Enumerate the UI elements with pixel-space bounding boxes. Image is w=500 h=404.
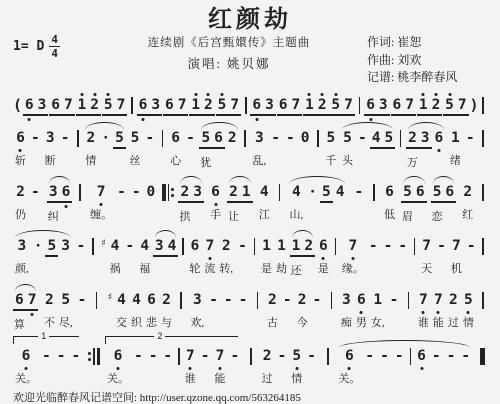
lyric-text: 痴 — [341, 317, 352, 330]
music-line-5: 6算72不5尽,-♯4交4织6悲2与3欢,---2古-2今-3痴6男1女,-7谁… — [13, 292, 487, 332]
note-group-slurred: 34 — [153, 238, 178, 257]
note-glyph: 5 — [102, 97, 115, 116]
lyric-text: 断 — [45, 155, 56, 168]
lyric-text: 谁 — [418, 317, 429, 330]
note-glyph: 5 — [443, 97, 456, 116]
note-glyph: - — [277, 348, 288, 365]
note-token: 2拱 — [178, 184, 191, 224]
note-token: - — [368, 238, 379, 255]
note-glyph: 1 — [303, 97, 316, 116]
note-glyph: 5 — [463, 292, 474, 309]
volta-label: 1 — [38, 331, 49, 341]
note-group: 57 — [216, 97, 241, 116]
note-glyph: 6 — [212, 130, 225, 149]
note-token: 7 — [289, 97, 302, 116]
note-token: 3痴 — [341, 292, 352, 330]
lyric-text: 关。 — [15, 373, 37, 386]
note-glyph: 4 — [131, 292, 142, 309]
note-token: 6 — [250, 97, 263, 116]
note-glyph: 1 — [276, 238, 287, 255]
note-token: 2 — [316, 97, 329, 116]
note-token: 5尽, — [59, 292, 73, 330]
note-token: 7机 — [451, 238, 462, 276]
singer-credit: 演唱: 姚贝娜 — [91, 54, 367, 72]
note-glyph: - — [237, 238, 248, 255]
note-glyph: 2 — [88, 97, 101, 116]
note-token: 6是 — [318, 238, 329, 276]
note-glyph: 4 — [291, 184, 302, 201]
note-glyph: 7 — [26, 292, 39, 311]
note-glyph: - — [60, 130, 71, 147]
note-glyph: 6 — [113, 348, 124, 365]
note-token: 4 — [335, 184, 346, 201]
note-glyph: · — [33, 238, 44, 255]
note-group: 7天-7机- — [419, 238, 478, 276]
note-group: 1是1劫 — [259, 238, 289, 276]
note-token: 4 — [166, 238, 179, 257]
note-token: 6心 — [170, 130, 181, 168]
barline — [92, 238, 94, 255]
note-group: 12 — [189, 97, 214, 116]
lyric-text: 男 — [356, 317, 367, 330]
barline — [79, 184, 81, 201]
note-token: 7能 — [214, 348, 225, 386]
barline — [327, 348, 329, 365]
note-token: 7 — [115, 97, 128, 116]
barline — [359, 97, 361, 114]
note-glyph: 1 — [240, 184, 253, 203]
note-token: 6 — [443, 184, 456, 203]
note-glyph: - — [76, 238, 87, 255]
lyric-text: 轮 — [189, 263, 200, 276]
note-glyph: 6 — [13, 292, 26, 311]
note-group: 7谁7能2过5情 — [416, 292, 476, 330]
note-glyph: 2 — [15, 184, 26, 201]
lyric-text: 山, — [289, 209, 303, 222]
note-glyph: 6 — [384, 184, 395, 201]
note-glyph: 5 — [382, 130, 395, 149]
note-group: 3乱,--0 — [251, 130, 313, 168]
note-token: - — [238, 292, 249, 309]
note-glyph: 5 — [329, 97, 342, 116]
note-token: - — [30, 184, 41, 201]
note-glyph: 6 — [137, 97, 150, 116]
note-glyph: 3 — [60, 238, 71, 255]
note-group: 63 — [137, 97, 162, 116]
note-token: 6斩 — [15, 130, 26, 168]
note-glyph: - — [270, 130, 281, 147]
note-glyph: 3 — [36, 97, 49, 116]
lyric-text: 天 — [421, 263, 432, 276]
barline — [335, 238, 337, 255]
lyric-text: 劫 — [276, 263, 287, 276]
note-token: - — [354, 184, 365, 201]
note-token: 1 — [417, 97, 430, 116]
note-token: 7能 — [433, 292, 444, 330]
note-token: 7缘。 — [342, 238, 364, 276]
lyric-text: 悲 — [146, 317, 157, 330]
note-glyph: 3 — [191, 184, 204, 203]
note-glyph: - — [70, 348, 81, 365]
note-token: - — [364, 348, 375, 365]
barline — [279, 184, 281, 201]
note-token: - — [431, 348, 442, 365]
lyric-text: 关。 — [107, 373, 129, 386]
note-token: 3 — [377, 97, 390, 116]
lyric-text: 古 — [267, 317, 278, 330]
note-glyph: - — [30, 130, 41, 147]
barline — [182, 238, 184, 255]
note-token: 5 — [320, 184, 333, 203]
note-token: 3 — [36, 97, 49, 116]
note-token: 1绪 — [450, 130, 461, 168]
note-token: - — [185, 130, 196, 147]
note-token: 7 — [62, 97, 75, 116]
note-group: 6手 — [208, 184, 223, 222]
note-glyph: 6 — [170, 130, 181, 147]
note-group: 7缘。--- — [340, 238, 410, 276]
note-token: - — [285, 130, 296, 147]
note-token: 1女, — [371, 292, 385, 330]
note-glyph: - — [229, 348, 240, 365]
barline — [250, 348, 252, 365]
lyric-text: 过 — [262, 373, 273, 386]
note-token: - — [270, 130, 281, 147]
note-glyph: 3 — [254, 130, 265, 147]
note-token: 5情 — [463, 292, 474, 330]
note-glyph: 1 — [290, 238, 303, 257]
note-group: 6--- — [414, 348, 473, 365]
lyric-text: 手 — [210, 209, 221, 222]
note-token: - — [306, 348, 317, 365]
note-token: 4 — [370, 130, 383, 149]
barline — [400, 130, 402, 147]
note-glyph: 1 — [372, 292, 383, 309]
lyric-text: 情 — [291, 373, 302, 386]
lyric-text: 红 — [462, 209, 473, 222]
note-glyph: 7 — [451, 238, 462, 255]
note-token: 3 — [191, 184, 204, 203]
note-glyph: 7 — [348, 238, 359, 255]
lyric-text: 能 — [433, 317, 444, 330]
repeat-end-sign — [88, 348, 100, 365]
lyric-text: 过 — [448, 317, 459, 330]
music-line-1: (63671257636712576367125763671257) — [13, 97, 487, 116]
note-glyph: - — [238, 292, 249, 309]
time-signature-numerator: 4 — [49, 34, 60, 47]
note-token: - — [162, 348, 173, 365]
note-glyph: - — [397, 238, 408, 255]
note-group: 57 — [102, 97, 127, 116]
sharp-accidental: ♯ — [106, 292, 112, 309]
barline — [254, 238, 256, 255]
note-group: 57 — [329, 97, 354, 116]
note-token: 6 — [414, 184, 427, 203]
note-group: 57 — [443, 97, 468, 116]
note-group: 63 — [23, 97, 48, 116]
note-glyph: 2 — [221, 238, 232, 255]
note-glyph: 7 — [176, 97, 189, 116]
note-glyph: 6 — [364, 97, 377, 116]
note-glyph: 6 — [60, 184, 73, 203]
note-token: · — [307, 184, 318, 201]
repeat-start-sign — [162, 184, 174, 201]
note-glyph: 2 — [227, 184, 240, 203]
barline — [482, 130, 484, 147]
lyric-text: 不 — [44, 317, 55, 330]
note-token: 6 — [364, 97, 377, 116]
note-glyph: 2 — [448, 292, 459, 309]
note-glyph: 4 — [116, 292, 127, 309]
note-glyph: 7 — [342, 97, 355, 116]
note-glyph: 1 — [261, 238, 272, 255]
note-glyph: - — [148, 348, 159, 365]
note-glyph: 5 — [431, 184, 444, 203]
lyric-text: 乱, — [253, 155, 267, 168]
note-token: - — [277, 348, 288, 365]
note-glyph: ♯ — [99, 235, 107, 252]
volta-label: 2 — [154, 331, 165, 341]
note-glyph: 6 — [318, 238, 329, 255]
note-token: 6关。 — [15, 348, 37, 386]
barline — [410, 348, 412, 365]
note-token: - — [148, 348, 159, 365]
note-glyph: 4 — [259, 184, 270, 201]
lyric-text: 机 — [451, 263, 462, 276]
lyric-text: 拱 — [179, 211, 190, 224]
note-glyph: 7 — [205, 238, 216, 255]
note-group-slurred: 3纠6 — [47, 184, 72, 224]
note-token: 2转, — [219, 238, 233, 276]
note-token: 1 — [76, 97, 89, 116]
note-glyph: - — [162, 348, 173, 365]
note-group: 63 — [250, 97, 275, 116]
note-token: 6 — [434, 130, 445, 147]
note-group-slurred: 4山,·54 — [287, 184, 347, 222]
note-token: 3 — [60, 238, 71, 255]
note-glyph: - — [77, 292, 88, 309]
note-token: - — [389, 292, 400, 309]
lyric-text: 头 — [342, 155, 353, 168]
parenthesis: ) — [470, 97, 479, 114]
note-glyph: - — [460, 348, 471, 365]
lyric-text: 是 — [318, 263, 329, 276]
note-group-slurred: 2让1 — [227, 184, 252, 224]
note-glyph: 3 — [419, 130, 432, 149]
note-glyph: 6 — [190, 238, 201, 255]
note-token: 5 — [329, 97, 342, 116]
note-group: 67 — [49, 97, 74, 116]
note-token: 7 — [342, 97, 355, 116]
note-glyph: 6 — [21, 348, 32, 365]
time-signature: 4 4 — [49, 34, 60, 59]
note-token: 0 — [300, 130, 311, 147]
note-group: 3痴6男1女,- — [339, 292, 401, 330]
note-glyph: - — [56, 348, 67, 365]
note-group: - — [74, 238, 89, 255]
barline — [482, 238, 484, 255]
note-glyph: 7 — [403, 97, 416, 116]
note-token: - — [466, 238, 477, 255]
note-token: 5犹 — [199, 130, 212, 170]
note-token: 3 — [419, 130, 432, 149]
note-glyph: 6 — [15, 130, 26, 147]
barline — [244, 130, 246, 147]
note-glyph: 2 — [462, 184, 473, 201]
note-group-slurred: 6算7 — [13, 292, 38, 332]
note-token: 2 — [88, 97, 101, 116]
note-token: 7 — [26, 292, 39, 311]
note-glyph: - — [223, 292, 234, 309]
note-glyph: 6 — [250, 97, 263, 116]
note-token: 1 — [189, 97, 202, 116]
note-token: - — [436, 238, 447, 255]
note-glyph: - — [285, 130, 296, 147]
lyric-text: 流 — [204, 263, 215, 276]
note-token: 0 — [146, 184, 157, 201]
note-token: 2不 — [44, 292, 55, 330]
note-group: 5千 — [323, 130, 338, 168]
note-glyph: 0 — [146, 184, 157, 201]
note-token: 6轮 — [189, 238, 200, 276]
note-token: 6关。 — [107, 348, 129, 386]
note-token: 4交 — [116, 292, 127, 330]
note-glyph: 5 — [401, 184, 414, 203]
note-group: 5丝- — [127, 130, 157, 168]
note-glyph: - — [394, 348, 405, 365]
note-glyph: - — [368, 238, 379, 255]
note-token: 6 — [49, 97, 62, 116]
song-title: 红颜劫 — [13, 6, 487, 32]
note-token: - — [144, 130, 155, 147]
note-glyph: 7 — [418, 292, 429, 309]
note-glyph: 7 — [456, 97, 469, 116]
parenthesis: ( — [13, 97, 22, 114]
barline — [131, 97, 133, 114]
note-token: 6低 — [384, 184, 395, 222]
note-token: 7 — [228, 97, 241, 116]
footer-text: 欢迎光临醉春风记谱空间: http://user.qzone.qq.com/56… — [13, 389, 487, 404]
note-glyph: 5 — [130, 130, 141, 147]
note-token: 2 — [302, 238, 315, 257]
note-glyph: - — [185, 130, 196, 147]
note-glyph: 3 — [263, 97, 276, 116]
note-glyph: - — [466, 238, 477, 255]
note-glyph: 7 — [115, 97, 128, 116]
note-group-slurred: 5恋6 — [431, 184, 456, 224]
note-token: 7谁 — [185, 348, 196, 386]
note-token: 5头 — [342, 130, 353, 168]
note-token: 1是 — [261, 238, 272, 276]
note-token: - — [124, 238, 135, 255]
barline — [482, 97, 484, 114]
lyric-text: 万 — [407, 157, 418, 170]
note-token: - — [383, 238, 394, 255]
note-group: 1绪- — [448, 130, 478, 168]
key-signature: 1= D 4 4 — [13, 34, 91, 59]
note-glyph: 3 — [377, 97, 390, 116]
note-token: - — [229, 348, 240, 365]
note-token: 5 — [382, 130, 395, 149]
lyric-text: 绪 — [450, 155, 461, 168]
note-glyph: 6 — [434, 130, 445, 147]
note-glyph: - — [364, 348, 375, 365]
note-token: - — [465, 130, 476, 147]
note-glyph: - — [354, 184, 365, 201]
note-token: 7缠。 — [90, 184, 112, 222]
note-glyph: 5 — [325, 130, 336, 147]
note-glyph: 2 — [227, 130, 238, 147]
note-token: - — [60, 130, 71, 147]
music-line-4: 3颜,·53-♯4祸-4福346轮7流2转,-1是1劫1还26是7缘。---7天… — [13, 238, 487, 278]
note-glyph: 3 — [149, 97, 162, 116]
note-token: - — [76, 238, 87, 255]
note-glyph: 2 — [267, 292, 278, 309]
lyric-text: 欢, — [190, 317, 204, 330]
note-glyph: 6 — [146, 292, 157, 309]
lyric-text: 转, — [219, 263, 233, 276]
barline — [482, 292, 484, 309]
note-token: 6 — [416, 348, 427, 365]
note-group: 6心- — [168, 130, 198, 168]
note-glyph: 4 — [370, 130, 383, 149]
note-group: 67 — [163, 97, 188, 116]
barline — [482, 184, 484, 201]
note-glyph: - — [312, 292, 323, 309]
note-glyph: 4 — [166, 238, 179, 257]
note-glyph: 1 — [417, 97, 430, 116]
note-token: - — [56, 348, 67, 365]
note-glyph: - — [389, 292, 400, 309]
subtitle: 连续剧《后宫甄嬛传》主题曲 — [91, 34, 367, 50]
sharp-accidental: ♯ — [99, 238, 105, 255]
barline — [408, 292, 410, 309]
composer-credit: 作曲: 刘欢 — [367, 52, 487, 69]
note-glyph: 6 — [49, 97, 62, 116]
note-group-slurred: 2拱3 — [178, 184, 203, 224]
note-token: 5恋 — [431, 184, 444, 224]
note-token: 2情 — [85, 130, 96, 168]
lyric-text: 交 — [116, 317, 127, 330]
barline — [178, 348, 180, 365]
note-group-slurred: 3颜,·53 — [13, 238, 73, 276]
note-glyph: 0 — [300, 130, 311, 147]
note-token: 2万 — [406, 130, 419, 170]
note-token: 5 — [113, 130, 126, 149]
note-token: - — [394, 348, 405, 365]
note-token: 4福 — [139, 238, 150, 276]
note-token: - — [223, 292, 234, 309]
note-group: 3欢,--- — [188, 292, 250, 330]
note-token: 2 — [227, 130, 238, 147]
note-token: - — [133, 348, 144, 365]
note-group: 7缠。--0 — [88, 184, 158, 222]
note-token: 3纠 — [47, 184, 60, 224]
note-glyph: 6 — [391, 97, 404, 116]
note-token: 5情 — [291, 348, 302, 386]
barline — [317, 130, 319, 147]
final-barline — [480, 348, 485, 365]
lyric-text: 低 — [384, 209, 395, 222]
note-glyph: 2 — [85, 130, 96, 147]
lyric-text: 织 — [131, 317, 142, 330]
note-token: 4山, — [289, 184, 303, 222]
note-glyph: - — [383, 238, 394, 255]
note-token: 2过 — [448, 292, 459, 330]
tied-group: 6关。---6--- — [336, 348, 473, 386]
lyric-text: 还 — [291, 265, 302, 278]
note-token: - — [379, 348, 390, 365]
